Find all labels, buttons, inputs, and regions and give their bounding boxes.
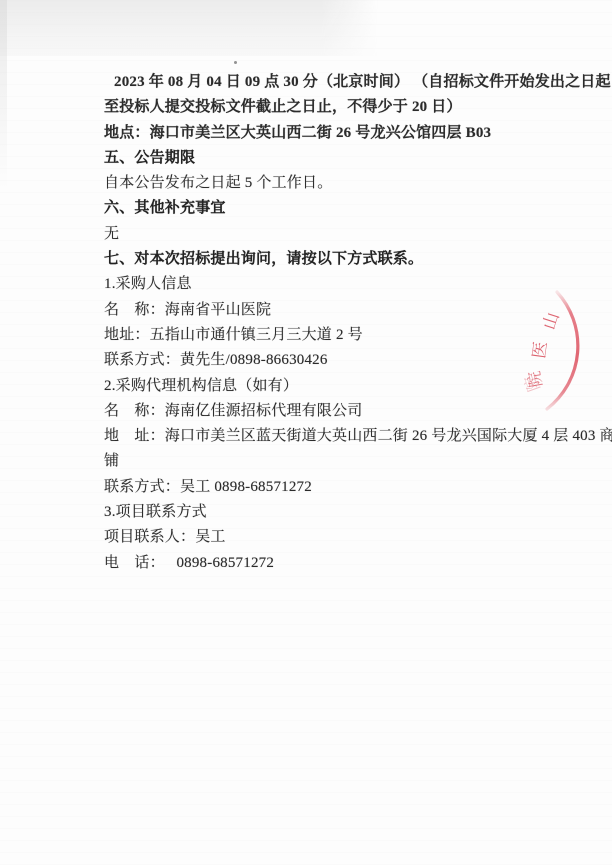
seal-arc xyxy=(547,292,578,409)
doc-line-5: 自本公告发布之日起 5 个工作日。 xyxy=(104,171,536,196)
doc-line-7: 无 xyxy=(104,222,536,247)
doc-line-1: 2023 年 08 月 04 日 09 点 30 分（北京时间） （自招标文件开… xyxy=(104,70,536,95)
doc-line-13: 2.采购代理机构信息（如有） xyxy=(104,374,536,399)
doc-line-11: 地址：五指山市通什镇三月三大道 2 号 xyxy=(104,323,536,348)
doc-line-6: 六、其他补充事宜 xyxy=(104,196,536,221)
doc-line-15: 地 址：海口市美兰区蓝天街道大英山西二街 26 号龙兴国际大厦 4 层 403 … xyxy=(104,424,536,449)
doc-line-16: 铺 xyxy=(104,449,536,474)
doc-line-19: 项目联系人：吴工 xyxy=(104,525,536,550)
scan-artifact-left xyxy=(0,0,7,190)
scan-speck xyxy=(234,61,237,64)
document-text: 2023 年 08 月 04 日 09 点 30 分（北京时间） （自招标文件开… xyxy=(104,70,536,576)
doc-line-9: 1.采购人信息 xyxy=(104,272,536,297)
doc-line-3: 地点：海口市美兰区大英山西二街 26 号龙兴公馆四层 B03 xyxy=(104,121,536,146)
doc-line-8: 七、对本次招标提出询问，请按以下方式联系。 xyxy=(104,247,536,272)
doc-line-14: 名 称：海南亿佳源招标代理有限公司 xyxy=(104,399,536,424)
seal-char-1: 山 xyxy=(539,310,562,332)
scanned-document-page: 2023 年 08 月 04 日 09 点 30 分（北京时间） （自招标文件开… xyxy=(0,0,612,865)
doc-line-20: 电 话： 0898-68571272 xyxy=(104,551,536,576)
scan-artifact-top xyxy=(0,0,378,56)
doc-line-12: 联系方式：黄先生/0898-86630426 xyxy=(104,348,536,373)
doc-line-17: 联系方式：吴工 0898-68571272 xyxy=(104,475,536,500)
doc-line-10: 名 称：海南省平山医院 xyxy=(104,298,536,323)
doc-line-2: 至投标人提交投标文件截止之日止，不得少于 20 日） xyxy=(104,95,536,120)
doc-line-4: 五、公告期限 xyxy=(104,146,536,171)
doc-line-18: 3.项目联系方式 xyxy=(104,500,536,525)
